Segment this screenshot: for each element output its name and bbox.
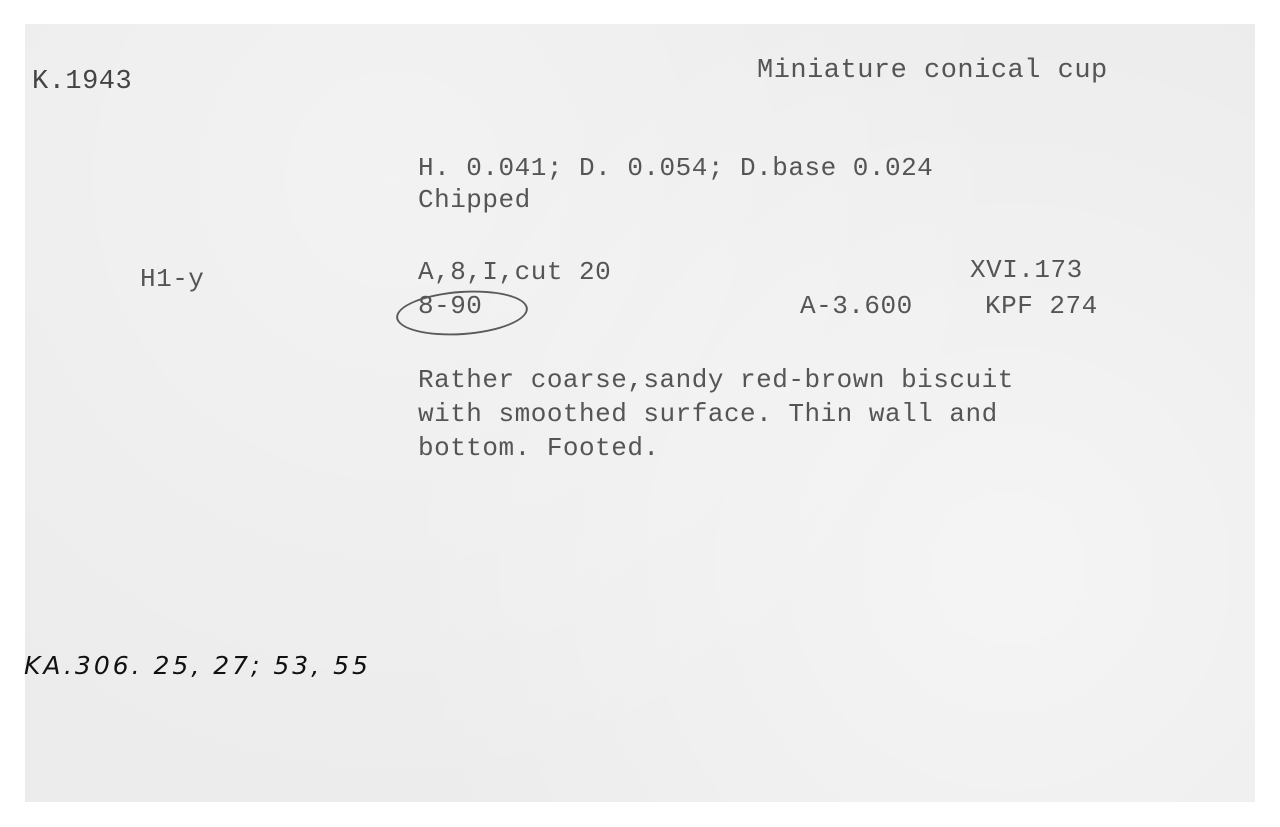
- handwritten-reference: KA.306. 25, 27; 53, 55: [24, 651, 371, 680]
- plate-reference: XVI.173: [970, 256, 1083, 284]
- type-code: H1-y: [140, 265, 204, 293]
- inventory-number: A-3.600: [800, 292, 913, 320]
- object-title: Miniature conical cup: [757, 57, 1108, 85]
- findspot: A,8,I,cut 20: [418, 258, 611, 286]
- accession-number: K.1943: [32, 68, 132, 96]
- condition: Chipped: [418, 186, 531, 214]
- dimensions: H. 0.041; D. 0.054; D.base 0.024: [418, 154, 933, 182]
- kpf-number: KPF 274: [985, 292, 1098, 320]
- description-line: Rather coarse,sandy red-brown biscuit: [418, 366, 1014, 394]
- description-line: bottom. Footed.: [418, 434, 660, 462]
- description-line: with smoothed surface. Thin wall and: [418, 400, 998, 428]
